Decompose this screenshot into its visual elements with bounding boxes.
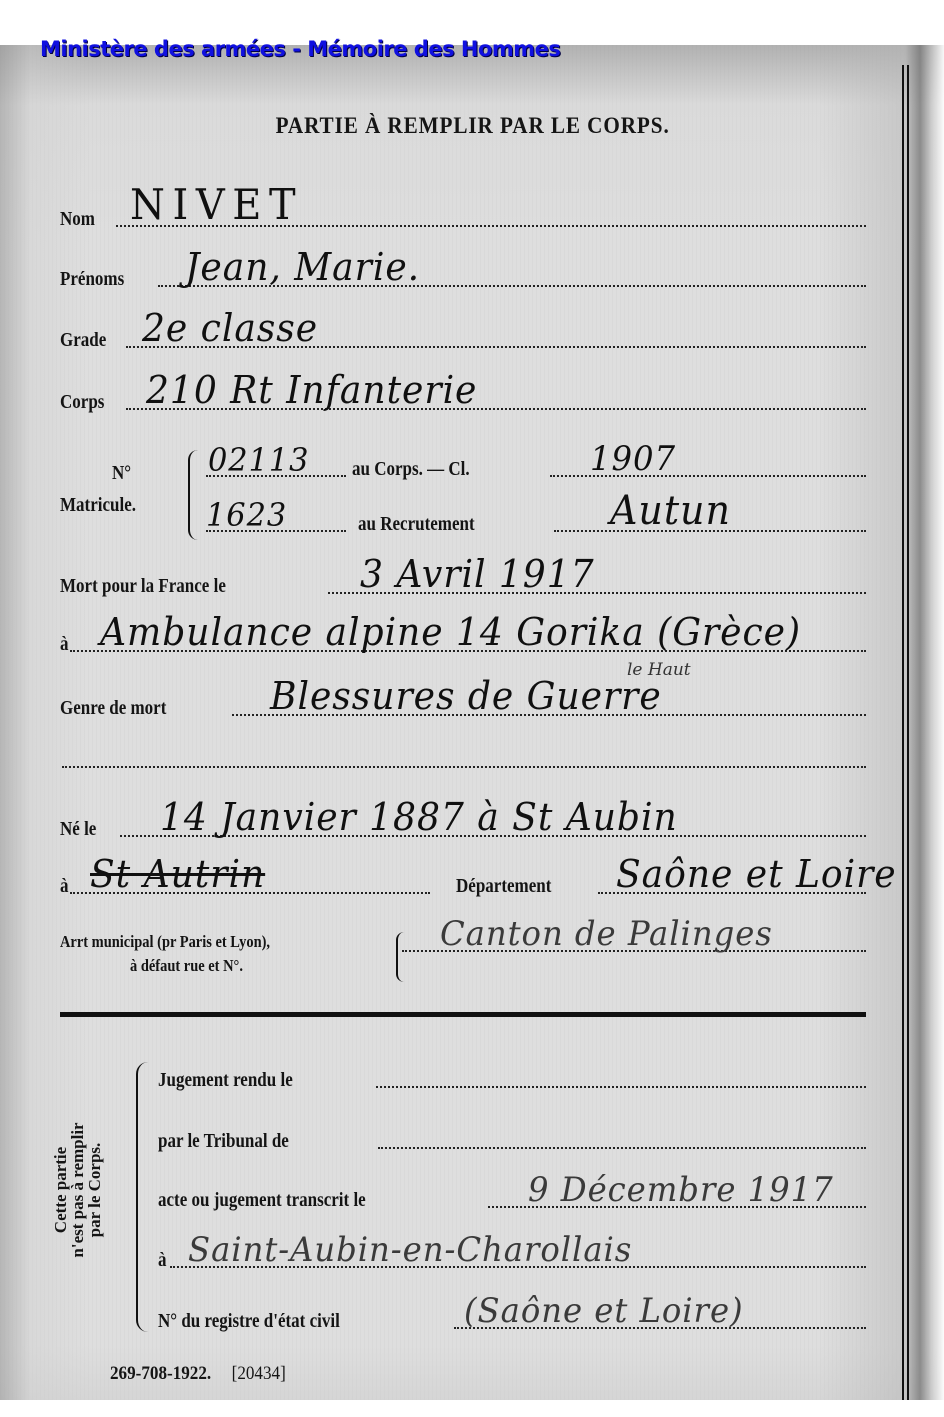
document-title: PARTIE À REMPLIR PAR LE CORPS. — [38, 113, 906, 139]
value-mort-pour-la-france: 3 Avril 1917 — [360, 552, 595, 596]
side-note-line: n'est pas à remplir — [69, 1075, 86, 1305]
label-no: N° — [112, 462, 131, 485]
field-lieu-transcription: à Saint-Aubin-en-Charollais — [158, 1236, 866, 1276]
label-prenoms: Prénoms — [60, 268, 124, 291]
brace — [188, 450, 198, 540]
label-transcrit: acte ou jugement transcrit le — [158, 1189, 366, 1212]
field-arrondissement: Canton de Palinges — [400, 920, 866, 960]
field-genre-de-mort: Genre de mort Blessures de Guerre — [60, 684, 866, 724]
footer-reference: 269-708-1922. [20434] — [110, 1363, 286, 1385]
field-registre: N° du registre d'état civil (Saône et Lo… — [158, 1297, 866, 1337]
label-departement: Département — [456, 875, 551, 898]
value-lieu-transcription: Saint-Aubin-en-Charollais — [188, 1230, 632, 1270]
side-note-line: Cette partie — [52, 1075, 69, 1305]
label-grade: Grade — [60, 329, 106, 352]
label-arrondissement-line2: à défaut rue et N°. — [130, 956, 243, 976]
label-nom: Nom — [60, 208, 95, 231]
label-lieu-deces: à — [60, 633, 69, 656]
side-note-line: par le Corps. — [86, 1075, 103, 1305]
label-tribunal: par le Tribunal de — [158, 1130, 289, 1153]
field-ne-le: Né le 14 Janvier 1887 à St Aubin — [60, 805, 866, 845]
frame-line — [902, 65, 904, 1400]
field-empty-line — [60, 736, 866, 776]
value-ne-le: 14 Janvier 1887 à St Aubin — [160, 795, 678, 839]
field-tribunal: par le Tribunal de — [158, 1117, 866, 1157]
value-matricule-recrutement: 1623 — [206, 496, 287, 534]
frame-line — [907, 65, 909, 1400]
field-matricule-corps: 02113 au Corps. — Cl. 1907 — [200, 445, 866, 485]
value-recrutement: Autun — [610, 488, 731, 534]
label-registre: N° du registre d'état civil — [158, 1310, 340, 1333]
section-divider — [60, 1012, 866, 1017]
field-prenoms: Prénoms Jean, Marie. — [60, 255, 866, 295]
dotted-line — [62, 766, 866, 768]
label-au-corps: au Corps. — Cl. — [352, 458, 470, 481]
label-jugement-rendu: Jugement rendu le — [158, 1069, 293, 1092]
dotted-line — [376, 1086, 866, 1088]
value-classe: 1907 — [590, 439, 676, 479]
field-corps: Corps 210 Rt Infanterie — [60, 378, 866, 418]
watermark: Ministère des armées - Mémoire des Homme… — [40, 37, 560, 61]
value-arrondissement: Canton de Palinges — [440, 914, 773, 954]
field-jugement-rendu: Jugement rendu le — [158, 1056, 866, 1096]
field-matricule-recrutement: 1623 au Recrutement Autun — [200, 500, 866, 540]
field-grade: Grade 2e classe — [60, 316, 866, 356]
value-corps: 210 Rt Infanterie — [146, 368, 477, 412]
label-lieu-transcription: à — [158, 1249, 167, 1272]
field-nom: Nom NIVET — [60, 195, 866, 235]
label-ne-le: Né le — [60, 818, 96, 841]
value-matricule-corps: 02113 — [208, 441, 309, 479]
field-transcrit: acte ou jugement transcrit le 9 Décembre… — [158, 1176, 866, 1216]
field-lieu-naissance: à St Autrin Département Saône et Loire — [60, 862, 866, 902]
label-mort-pour-la-france: Mort pour la France le — [60, 575, 226, 598]
side-note: Cette partie n'est pas à remplir par le … — [52, 1075, 103, 1305]
value-genre-de-mort: Blessures de Guerre — [270, 674, 662, 718]
label-matricule: Matricule. — [60, 494, 136, 517]
value-lieu-deces: Ambulance alpine 14 Gorika (Grèce) — [100, 610, 801, 654]
field-lieu-deces: à Ambulance alpine 14 Gorika (Grèce) — [60, 620, 866, 660]
label-arrondissement-line1: Arrt municipal (pr Paris et Lyon), — [60, 932, 270, 952]
label-lieu-naissance: à — [60, 875, 69, 898]
footer-code: 269-708-1922. — [110, 1363, 211, 1384]
value-transcrit: 9 Décembre 1917 — [528, 1170, 834, 1210]
value-grade: 2e classe — [142, 306, 318, 350]
footer-bracket: [20434] — [232, 1363, 286, 1384]
label-corps: Corps — [60, 391, 104, 414]
label-genre-de-mort: Genre de mort — [60, 697, 166, 720]
value-departement: Saône et Loire — [616, 852, 897, 896]
value-registre: (Saône et Loire) — [464, 1291, 744, 1331]
value-prenoms: Jean, Marie. — [185, 245, 420, 289]
label-au-recrutement: au Recrutement — [358, 513, 475, 536]
value-nom: NIVET — [130, 180, 303, 229]
value-lieu-naissance: St Autrin — [90, 852, 265, 896]
field-mort-pour-la-france: Mort pour la France le 3 Avril 1917 — [60, 562, 866, 602]
brace — [136, 1062, 152, 1332]
dotted-line — [378, 1147, 866, 1149]
